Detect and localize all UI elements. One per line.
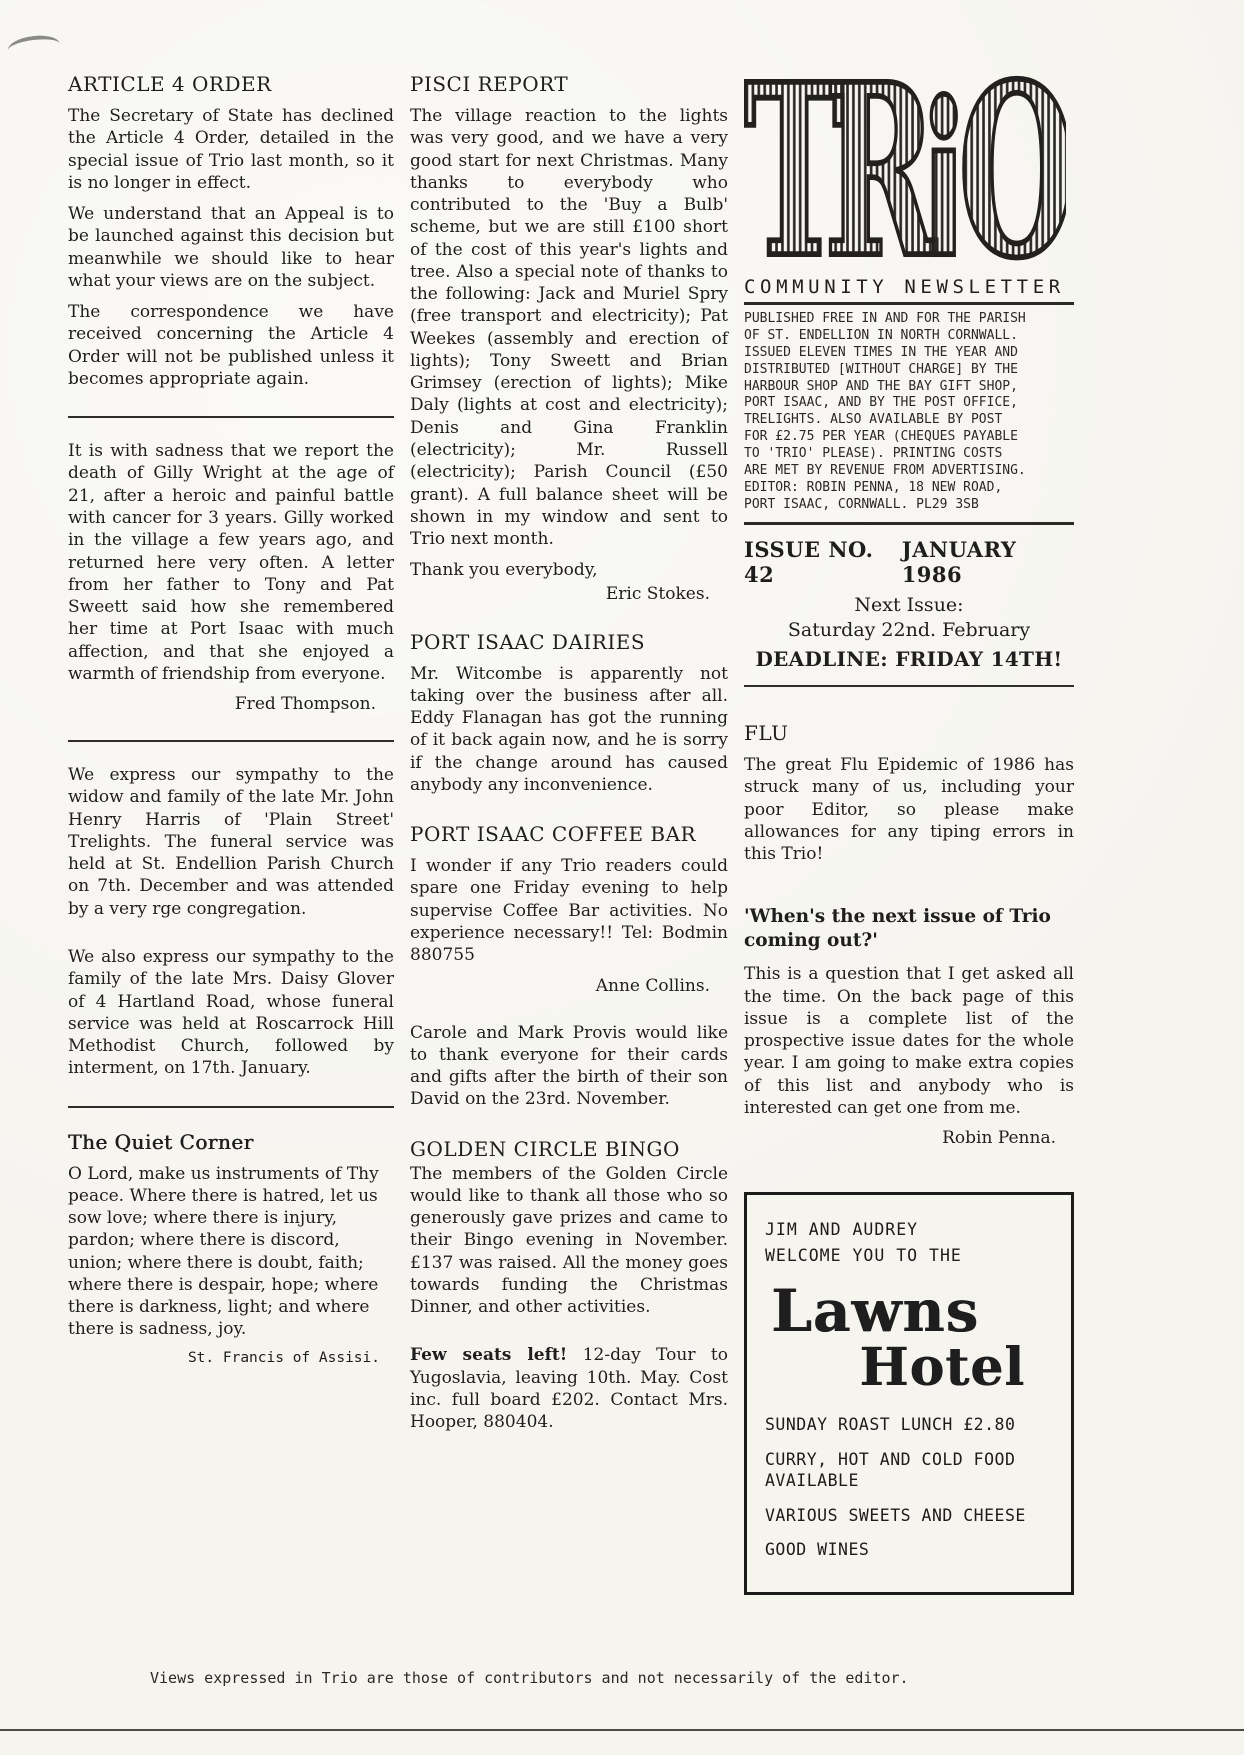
column-right: T R O COMMUNITY NEWSLETTER PUBLISHED FRE… xyxy=(744,72,1074,1595)
yugoslavia-tour: Few seats left! 12-day Tour to Yugoslavi… xyxy=(410,1344,728,1433)
ad-menu-item: CURRY, HOT AND COLD FOOD AVAILABLE xyxy=(765,1449,1055,1492)
signature: Robin Penna. xyxy=(744,1128,1074,1148)
next-issue-question: 'When's the next issue of Trio coming ou… xyxy=(744,905,1074,1148)
ad-intro-line: JIM AND AUDREY xyxy=(765,1217,1055,1243)
sympathy-glover: We also express our sympathy to the fami… xyxy=(68,946,394,1080)
quiet-corner: The Quiet Corner O Lord, make us instrum… xyxy=(68,1130,394,1366)
column-left: ARTICLE 4 ORDER The Secretary of State h… xyxy=(68,72,394,1595)
bottom-rule xyxy=(0,1729,1244,1731)
attribution: St. Francis of Assisi. xyxy=(68,1350,394,1366)
golden-circle-bingo: GOLDEN CIRCLE BINGO The members of the G… xyxy=(410,1137,728,1319)
prayer-text: O Lord, make us instruments of Thy peace… xyxy=(68,1163,394,1341)
signature: Fred Thompson. xyxy=(68,694,394,714)
ad-intro-line: WELCOME YOU TO THE xyxy=(765,1243,1055,1269)
port-isaac-coffee-bar: PORT ISAAC COFFEE BAR I wonder if any Tr… xyxy=(410,822,728,995)
ad-menu-item: GOOD WINES xyxy=(765,1539,1055,1560)
paragraph: The members of the Golden Circle would l… xyxy=(410,1163,728,1319)
pisci-report-title: PISCI REPORT xyxy=(410,72,728,96)
deadline-notice: DEADLINE: FRIDAY 14TH! xyxy=(744,646,1074,673)
closing-line: Thank you everybody, xyxy=(410,559,728,581)
bingo-title: GOLDEN CIRCLE BINGO xyxy=(410,1137,728,1161)
divider-rule xyxy=(68,1106,394,1108)
pisci-report: PISCI REPORT The village reaction to the… xyxy=(410,72,728,604)
paragraph: The village reaction to the lights was v… xyxy=(410,105,728,550)
issue-date: JANUARY 1986 xyxy=(902,537,1074,587)
next-issue-date: Saturday 22nd. February xyxy=(744,618,1074,644)
newsletter-page: ARTICLE 4 ORDER The Secretary of State h… xyxy=(0,0,1244,1755)
issue-number: ISSUE NO. 42 xyxy=(744,537,902,587)
svg-text:O: O xyxy=(958,72,1066,268)
sympathy-harris: We express our sympathy to the widow and… xyxy=(68,764,394,920)
coffee-bar-title: PORT ISAAC COFFEE BAR xyxy=(410,822,728,846)
paragraph: We also express our sympathy to the fami… xyxy=(68,946,394,1080)
ad-menu-item: SUNDAY ROAST LUNCH £2.80 xyxy=(765,1414,1055,1435)
tour-lead: Few seats left! xyxy=(410,1345,567,1365)
provis-thanks: Carole and Mark Provis would like to tha… xyxy=(410,1022,728,1111)
issue-line: ISSUE NO. 42 JANUARY 1986 xyxy=(744,537,1074,587)
next-issue-label: Next Issue: xyxy=(744,593,1074,619)
columns-container: ARTICLE 4 ORDER The Secretary of State h… xyxy=(0,0,1244,1595)
column-middle: PISCI REPORT The village reaction to the… xyxy=(410,72,728,1595)
article-4-order-title: ARTICLE 4 ORDER xyxy=(68,72,394,96)
signature: Anne Collins. xyxy=(410,976,728,996)
paragraph: It is with sadness that we report the de… xyxy=(68,440,394,685)
flu-title: FLU xyxy=(744,721,1074,745)
trio-logo: T R O xyxy=(744,72,1066,272)
paragraph: Mr. Witcombe is apparently not taking ov… xyxy=(410,663,728,797)
divider-rule xyxy=(68,416,394,418)
paragraph: The great Flu Epidemic of 1986 has struc… xyxy=(744,754,1074,865)
dairies-title: PORT ISAAC DAIRIES xyxy=(410,630,728,654)
signature: Eric Stokes. xyxy=(410,584,728,604)
divider-rule xyxy=(744,685,1074,687)
ad-menu-item: VARIOUS SWEETS AND CHEESE xyxy=(765,1505,1055,1526)
masthead-info: PUBLISHED FREE IN AND FOR THE PARISH OF … xyxy=(744,311,1074,525)
trio-logo-graphic: T R O xyxy=(744,72,1066,268)
svg-text:R: R xyxy=(824,72,937,268)
paragraph: This is a question that I get asked all … xyxy=(744,963,1074,1119)
paragraph: The correspondence we have received conc… xyxy=(68,301,394,390)
paragraph: Carole and Mark Provis would like to tha… xyxy=(410,1022,728,1111)
divider-rule xyxy=(68,740,394,742)
port-isaac-dairies: PORT ISAAC DAIRIES Mr. Witcombe is appar… xyxy=(410,630,728,797)
hotel-name-hotel: Hotel xyxy=(765,1342,1025,1394)
paragraph: The Secretary of State has declined the … xyxy=(68,105,394,194)
paragraph: I wonder if any Trio readers could spare… xyxy=(410,855,728,966)
quiet-corner-title: The Quiet Corner xyxy=(68,1130,394,1154)
paragraph: We understand that an Appeal is to be la… xyxy=(68,203,394,292)
hotel-name-lawns: Lawns xyxy=(771,1282,1055,1340)
question-title: 'When's the next issue of Trio coming ou… xyxy=(744,905,1074,953)
community-newsletter-label: COMMUNITY NEWSLETTER xyxy=(744,276,1074,305)
lawns-hotel-ad: JIM AND AUDREY WELCOME YOU TO THE Lawns … xyxy=(744,1192,1074,1594)
footer-disclaimer: Views expressed in Trio are those of con… xyxy=(150,1669,909,1687)
flu-article: FLU The great Flu Epidemic of 1986 has s… xyxy=(744,721,1074,865)
article-4-order: ARTICLE 4 ORDER The Secretary of State h… xyxy=(68,72,394,390)
obituary-gilly-wright: It is with sadness that we report the de… xyxy=(68,440,394,714)
paragraph: Few seats left! 12-day Tour to Yugoslavi… xyxy=(410,1344,728,1433)
paragraph: We express our sympathy to the widow and… xyxy=(68,764,394,920)
